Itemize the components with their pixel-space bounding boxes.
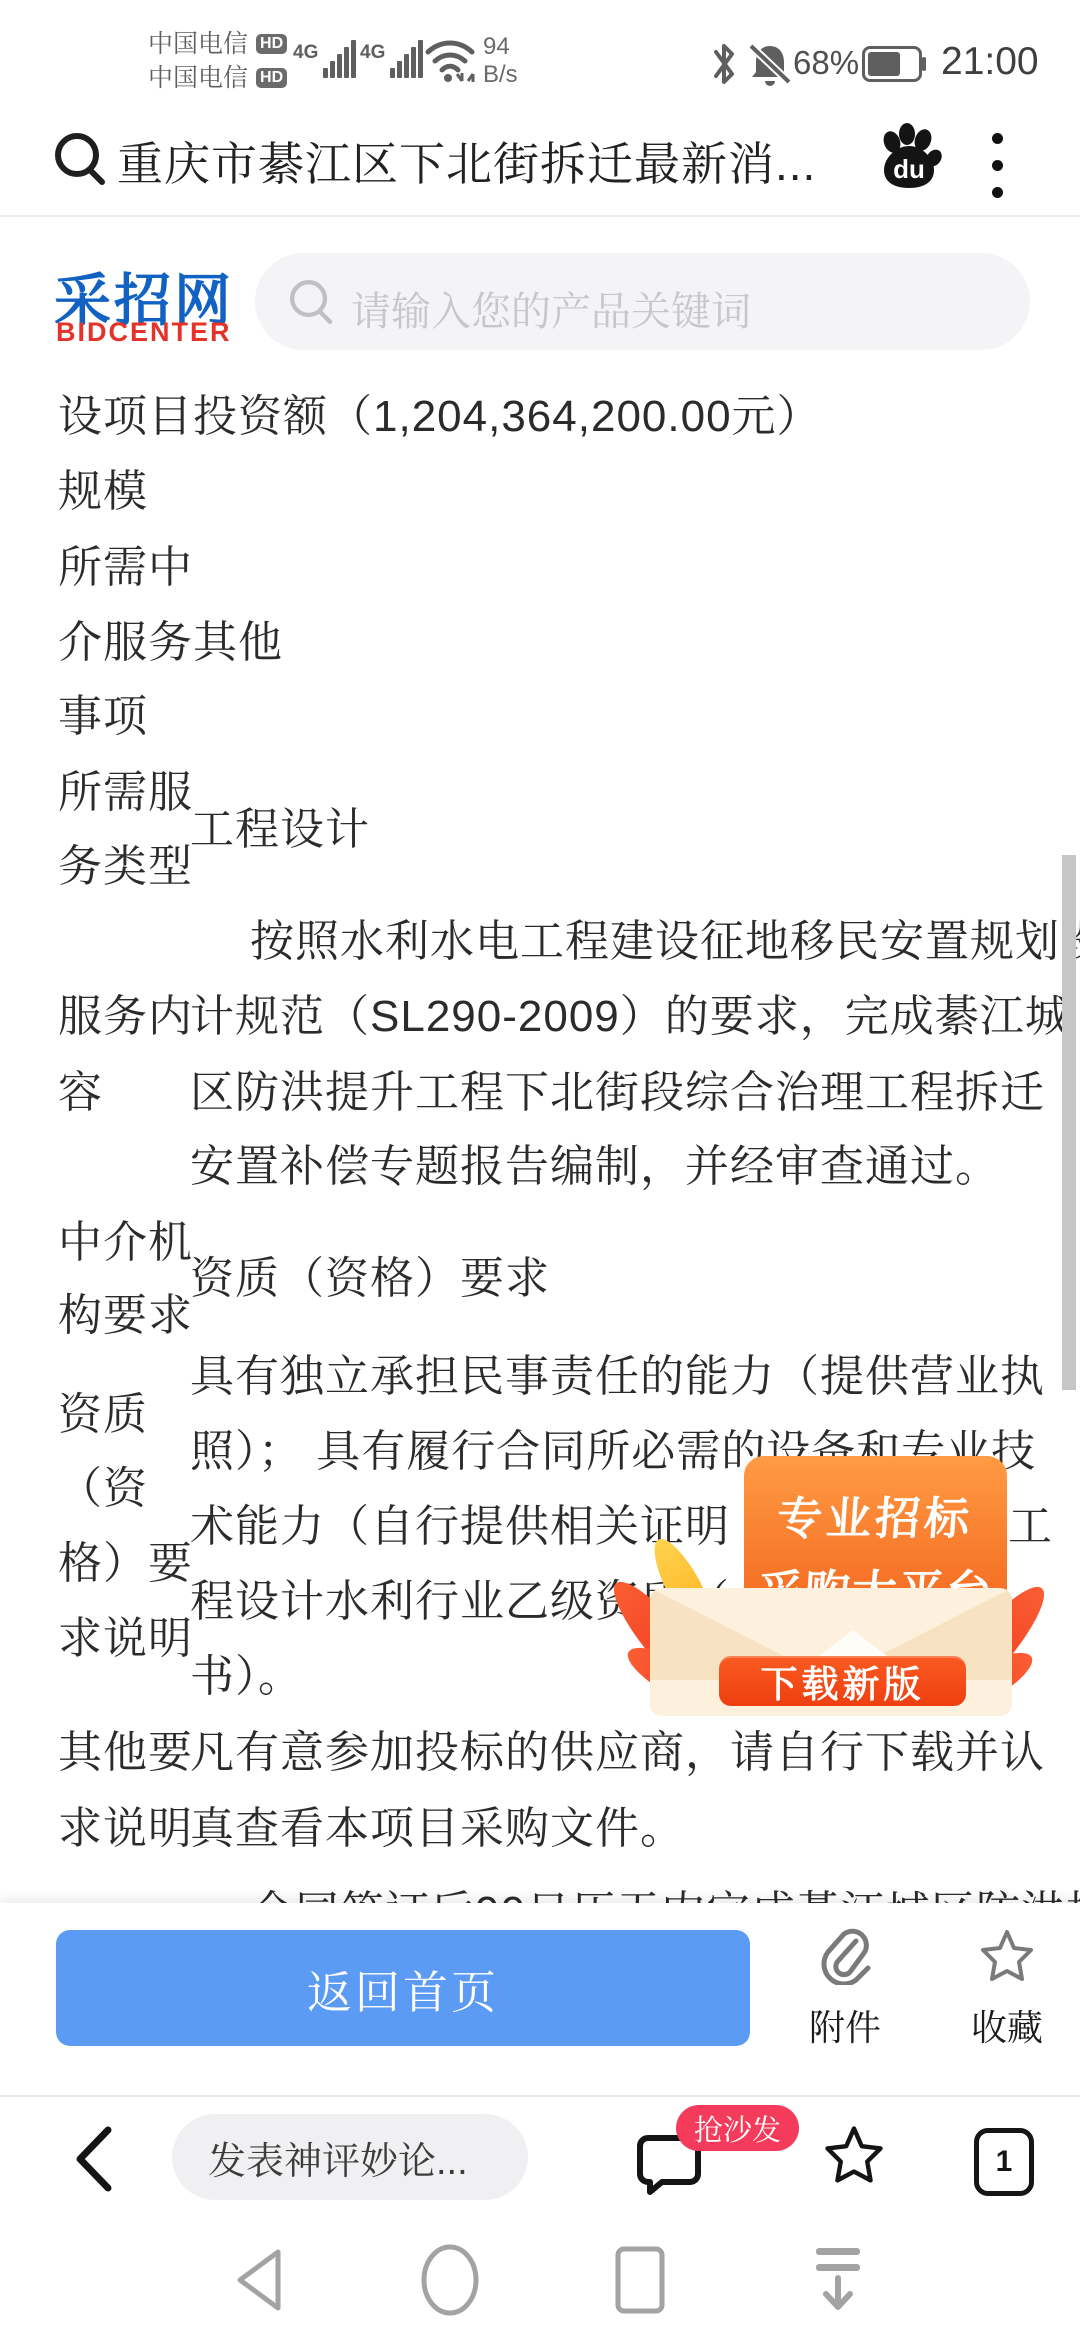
content-line: 其他要 bbox=[58, 1716, 193, 1780]
hide-navbar-icon bbox=[812, 2244, 864, 2316]
battery-percent: 68% bbox=[793, 44, 859, 82]
search-icon bbox=[287, 277, 337, 327]
paperclip-icon bbox=[818, 1927, 872, 1985]
carrier-label: 中国电信 bbox=[148, 61, 248, 95]
browser-toolbar: 发表神评妙论... 抢沙发 1 bbox=[0, 2095, 1080, 2222]
content-line: 规模 bbox=[58, 455, 148, 519]
content-line: 工程设计 bbox=[190, 793, 370, 857]
bookmark-star-icon[interactable] bbox=[822, 2123, 886, 2187]
nav-back-button[interactable] bbox=[198, 2220, 318, 2340]
ad-headline-1: 专业招标 bbox=[742, 1482, 1010, 1547]
content-line: 资质（资格）要求 bbox=[190, 1242, 550, 1306]
content-line: 所需中 bbox=[58, 531, 193, 595]
overflow-menu-icon[interactable] bbox=[992, 133, 1003, 214]
content-line: 务类型 bbox=[58, 830, 193, 894]
carrier-label: 中国电信 bbox=[148, 27, 248, 61]
page-title-query[interactable]: 重庆市綦江区下北街拆迁最新消... bbox=[117, 128, 816, 194]
content-line: 设项目投资额（1,204,364,200.00元） bbox=[58, 380, 822, 444]
notifications-muted-icon bbox=[747, 40, 793, 88]
android-nav-bar bbox=[0, 2220, 1080, 2340]
content-line: 计规范（SL290-2009）的要求，完成綦江城 bbox=[190, 980, 1070, 1044]
attachment-label: 附件 bbox=[785, 2000, 905, 2051]
content-line: 容 bbox=[58, 1056, 103, 1120]
content-line: 服务内 bbox=[58, 980, 193, 1044]
content-line: 书）。 bbox=[190, 1640, 303, 1704]
back-to-home-button[interactable]: 返回首页 bbox=[56, 1930, 750, 2046]
volte-hd-icon: HD bbox=[256, 34, 287, 54]
phone-screen: 中国电信HD 中国电信HD 4G 4G 94 B/s bbox=[0, 0, 1080, 2340]
svg-text:du: du bbox=[893, 154, 925, 184]
content-line: 资质 bbox=[58, 1378, 148, 1442]
baidu-icon[interactable]: du bbox=[872, 120, 946, 194]
home-circle-icon bbox=[418, 2241, 482, 2319]
content-line: 格）要 bbox=[58, 1527, 193, 1591]
tab-counter[interactable]: 1 bbox=[974, 2128, 1034, 2196]
page-action-bar: 返回首页 附件 收藏 bbox=[0, 1903, 1080, 2095]
favorite-button[interactable]: 收藏 bbox=[947, 1927, 1067, 2051]
search-icon bbox=[52, 130, 110, 188]
star-icon bbox=[978, 1927, 1036, 1985]
clock: 21:00 bbox=[941, 40, 1039, 84]
network-type-label: 4G bbox=[360, 42, 385, 64]
content-line: 求说明 bbox=[58, 1602, 193, 1666]
favorite-label: 收藏 bbox=[947, 2000, 1067, 2051]
search-placeholder: 请输入您的产品关键词 bbox=[351, 280, 751, 337]
content-line: 安置补偿专题报告编制，并经审查通过。 bbox=[190, 1130, 1000, 1194]
scrollbar-thumb[interactable] bbox=[1062, 855, 1076, 1390]
battery-icon bbox=[862, 46, 922, 82]
comment-placeholder: 发表神评妙论... bbox=[208, 2130, 468, 2185]
app-promo-ad[interactable]: 专业招标 采购大平台 下载新版 bbox=[628, 1438, 1032, 1730]
network-speed: 94 B/s bbox=[483, 33, 518, 89]
content-line: 介服务其他 bbox=[58, 606, 283, 670]
attachment-button[interactable]: 附件 bbox=[785, 1927, 905, 2051]
volte-hd-icon: HD bbox=[256, 68, 287, 88]
carrier-names: 中国电信HD 中国电信HD bbox=[148, 27, 287, 95]
signal-icon-sim1: 4G bbox=[293, 36, 356, 78]
status-bar: 中国电信HD 中国电信HD 4G 4G 94 B/s bbox=[0, 0, 1080, 95]
content-line: 按照水利水电工程建设征地移民安置规划设 bbox=[250, 905, 1080, 969]
content-line: 求说明 bbox=[58, 1792, 193, 1856]
content-line: 真查看本项目采购文件。 bbox=[190, 1792, 685, 1856]
content-line: 事项 bbox=[58, 680, 148, 744]
nav-recents-button[interactable] bbox=[580, 2220, 700, 2340]
ad-download-button[interactable]: 下载新版 bbox=[719, 1656, 966, 1706]
back-icon[interactable] bbox=[70, 2124, 118, 2194]
wifi-icon bbox=[424, 34, 476, 86]
browser-address-bar[interactable]: 重庆市綦江区下北街拆迁最新消... du bbox=[0, 95, 1080, 217]
content-line: （资 bbox=[58, 1452, 148, 1516]
signal-icon-sim2: 4G bbox=[360, 36, 423, 78]
product-search-input[interactable]: 请输入您的产品关键词 bbox=[255, 253, 1030, 350]
recents-square-icon bbox=[613, 2244, 667, 2316]
bluetooth-icon bbox=[709, 42, 739, 86]
content-line: 具有独立承担民事责任的能力（提供营业执 bbox=[190, 1340, 1045, 1404]
network-type-label: 4G bbox=[293, 42, 318, 64]
comment-input[interactable]: 发表神评妙论... bbox=[172, 2114, 528, 2200]
content-line: 构要求 bbox=[58, 1279, 193, 1343]
nav-hide-button[interactable] bbox=[778, 2220, 898, 2340]
first-comment-badge: 抢沙发 bbox=[676, 2105, 799, 2151]
content-line: 区防洪提升工程下北街段综合治理工程拆迁 bbox=[190, 1056, 1045, 1120]
content-line: 中介机 bbox=[58, 1206, 193, 1270]
site-logo-sub[interactable]: BIDCENTER bbox=[56, 317, 232, 348]
back-triangle-icon bbox=[232, 2246, 284, 2314]
site-header: 采招网 BIDCENTER 请输入您的产品关键词 bbox=[0, 217, 1080, 372]
content-line: 所需服 bbox=[58, 756, 193, 820]
nav-home-button[interactable] bbox=[390, 2220, 510, 2340]
